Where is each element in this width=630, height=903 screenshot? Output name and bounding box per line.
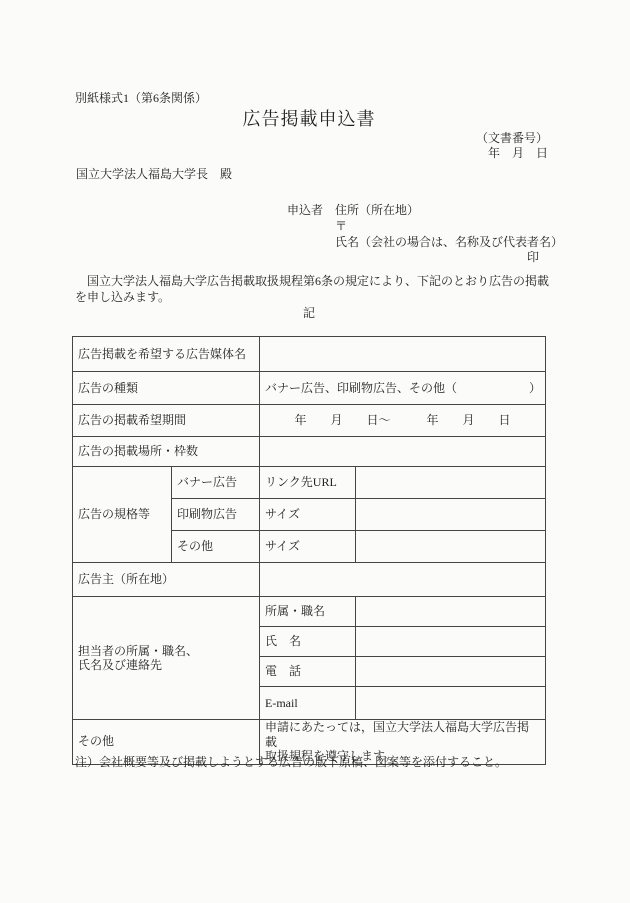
applicant-block: 申込者 住所（所在地） 〒 氏名（会社の場合は、名称及び代表者名） [287,202,563,250]
media-row-value [260,337,546,372]
place-row-label: 広告の掲載場所・枠数 [73,437,260,467]
spec-print-value [356,499,546,531]
application-table: 広告掲載を希望する広告媒体名 広告の種類 バナー広告、印刷物広告、その他（ ） … [72,336,546,765]
spec-section-label: 広告の規格等 [73,467,172,563]
contact-email-value [356,687,546,720]
contact-phone-field: 電 話 [260,657,356,687]
type-row-label: 広告の種類 [73,372,260,405]
type-row-value: バナー広告、印刷物広告、その他（ ） [260,372,546,405]
table-row: 広告の掲載希望期間 年 月 日～ 年 月 日 [73,405,546,437]
page-title: 広告掲載申込書 [73,108,545,130]
period-row-value: 年 月 日～ 年 月 日 [260,405,546,437]
contact-name-value [356,627,546,657]
record-mark: 記 [73,306,545,321]
place-row-value [260,437,546,467]
date-line: 年 月 日 [488,146,548,161]
table-row: 広告掲載を希望する広告媒体名 [73,337,546,372]
spec-other-type: その他 [172,531,260,563]
table-row: 担当者の所属・職名、 氏名及び連絡先 所属・職名 [73,597,546,627]
table-row: 広告主（所在地） [73,563,546,597]
contact-affiliation-field: 所属・職名 [260,597,356,627]
media-row-label: 広告掲載を希望する広告媒体名 [73,337,260,372]
form-label: 別紙様式1（第6条関係） [75,91,207,106]
spec-banner-field: リンク先URL [260,467,356,499]
advertiser-row-value [260,563,546,597]
body-paragraph: 国立大学法人福島大学広告掲載取扱規程第6条の規定により、下記のとおり広告の掲載 … [75,274,559,305]
table-row: 広告の掲載場所・枠数 [73,437,546,467]
spec-banner-type: バナー広告 [172,467,260,499]
contact-section-label: 担当者の所属・職名、 氏名及び連絡先 [73,597,260,720]
spec-other-field: サイズ [260,531,356,563]
spec-other-value [356,531,546,563]
spec-banner-value [356,467,546,499]
contact-email-field: E-mail [260,687,356,720]
table-row: 広告の種類 バナー広告、印刷物広告、その他（ ） [73,372,546,405]
spec-print-type: 印刷物広告 [172,499,260,531]
footnote: 注）会社概要等及び掲載しようとする広告の版下原稿、図案等を添付すること。 [75,755,507,770]
contact-phone-value [356,657,546,687]
period-row-label: 広告の掲載希望期間 [73,405,260,437]
doc-number-label: （文書番号） [476,131,548,146]
contact-name-field: 氏 名 [260,627,356,657]
seal-mark: 印 [527,250,539,265]
contact-affiliation-value [356,597,546,627]
addressee-line: 国立大学法人福島大学長 殿 [76,167,232,182]
table-row: 広告の規格等 バナー広告 リンク先URL [73,467,546,499]
spec-print-field: サイズ [260,499,356,531]
advertiser-row-label: 広告主（所在地） [73,563,260,597]
